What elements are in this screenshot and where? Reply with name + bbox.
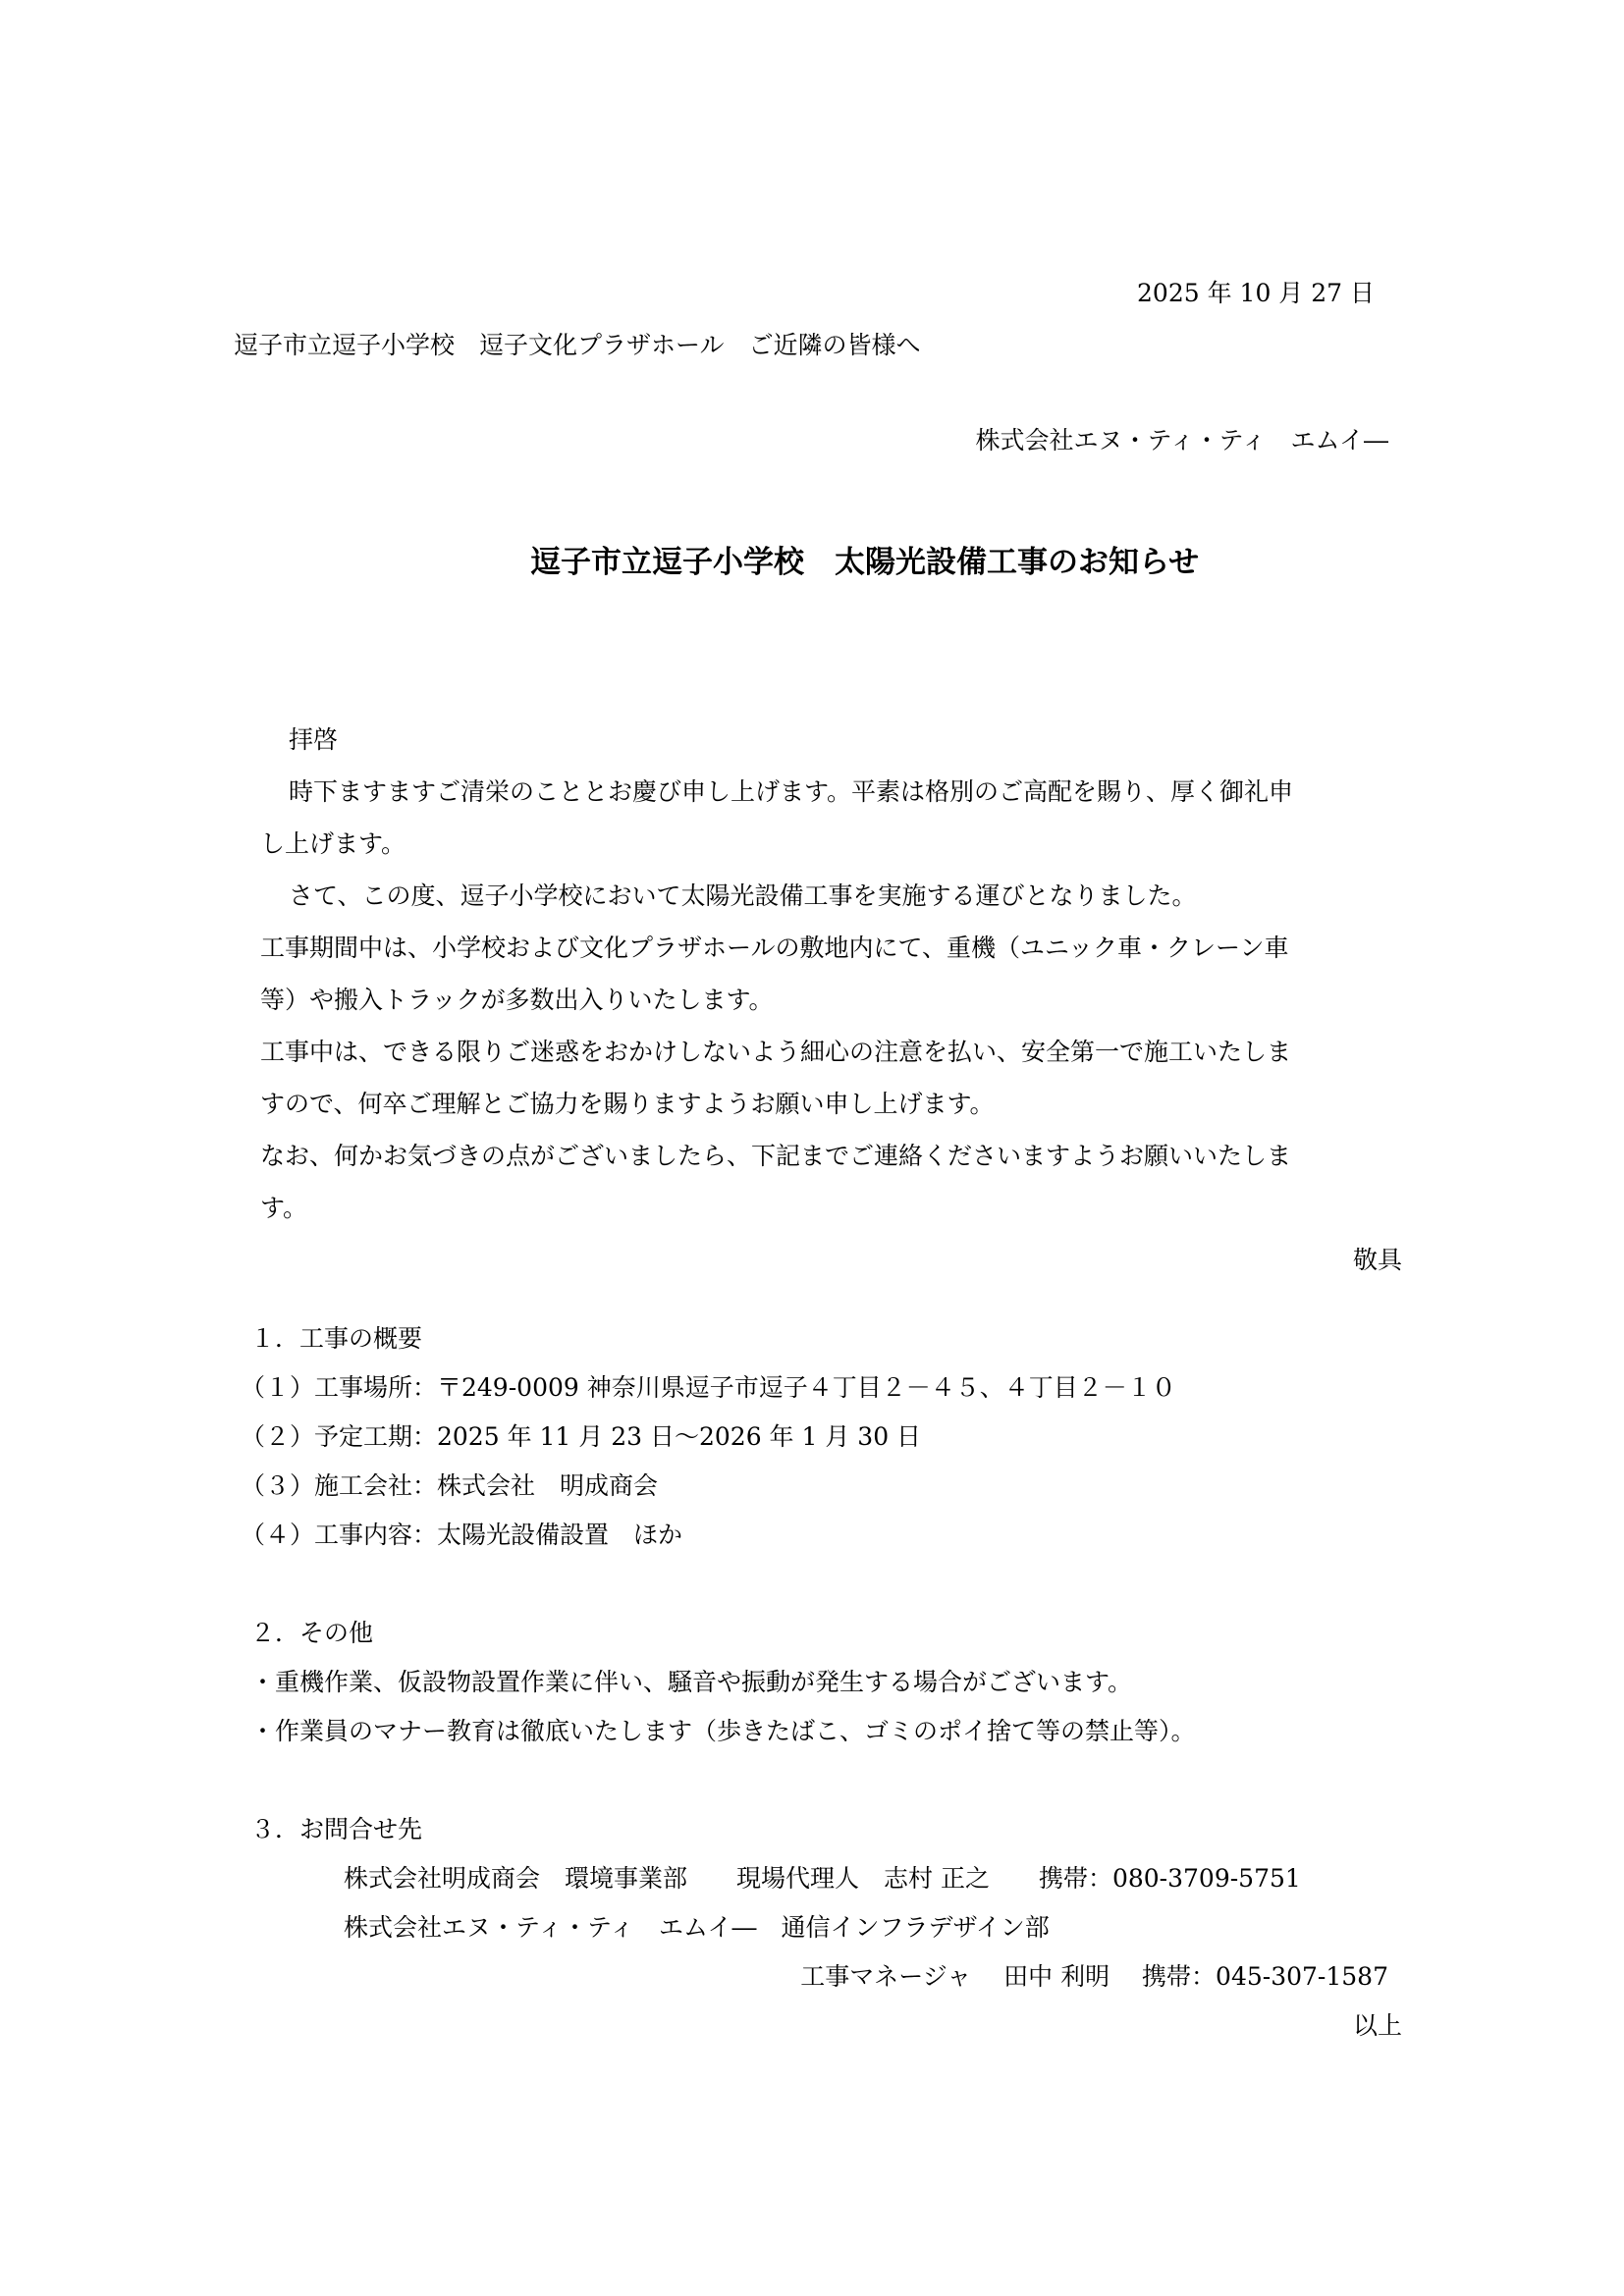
opening: 拝啓: [289, 723, 338, 757]
section-item: （２）予定工期：2025 年 11 月 23 日～2026 年 1 月 30 日: [241, 1420, 921, 1454]
date: 2025 年 10 月 27 日: [1137, 277, 1375, 310]
section-item: （４）工事内容：太陽光設備設置 ほか: [241, 1519, 682, 1552]
section-heading: ３．お問合せ先: [250, 1813, 422, 1846]
end-mark: 以上: [1353, 2009, 1402, 2043]
body-line: 時下ますますご清栄のこととお慶び申し上げます。平素は格別のご高配を賜り、厚く御礼…: [289, 775, 1293, 809]
section-heading: １．工事の概要: [250, 1322, 422, 1356]
body-line: し上げます。: [260, 828, 406, 861]
contact-line: 工事マネージャ 田中 利明 携帯：045-307-1587: [800, 1960, 1388, 1994]
section-item: （３）施工会社：株式会社 明成商会: [241, 1469, 658, 1503]
sender: 株式会社エヌ・ティ・ティ エムイ―: [975, 424, 1388, 457]
closing: 敬具: [1353, 1244, 1402, 1277]
contact-line: 株式会社明成商会 環境事業部 現場代理人 志村 正之 携帯：080-3709-5…: [344, 1862, 1301, 1896]
body-line: さて、この度、逗子小学校において太陽光設備工事を実施する運びとなりました。: [289, 880, 1197, 913]
section-heading: ２．その他: [250, 1617, 373, 1650]
body-line: なお、何かお気づきの点がございましたら、下記までご連絡くださいますようお願いいた…: [260, 1140, 1291, 1173]
section-item: ・重機作業、仮設物設置作業に伴い、騒音や振動が発生する場合がございます。: [250, 1666, 1132, 1699]
recipient: 逗子市立逗子小学校 逗子文化プラザホール ご近隣の皆様へ: [234, 329, 921, 362]
contact-line: 株式会社エヌ・ティ・ティ エムイ― 通信インフラデザイン部: [344, 1911, 1050, 1945]
document-title: 逗子市立逗子小学校 太陽光設備工事のお知らせ: [530, 546, 1199, 579]
body-line: す。: [260, 1192, 307, 1225]
body-line: 工事中は、できる限りご迷惑をおかけしないよう細心の注意を払い、安全第一で施工いた…: [260, 1036, 1291, 1069]
body-line: 工事期間中は、小学校および文化プラザホールの敷地内にて、重機（ユニック車・クレー…: [260, 932, 1289, 965]
section-item: ・作業員のマナー教育は徹底いたします（歩きたばこ、ゴミのポイ捨て等の禁止等）。: [250, 1715, 1196, 1748]
body-line: 等）や搬入トラックが多数出入りいたします。: [260, 984, 774, 1017]
section-item: （１）工事場所：〒249-0009 神奈川県逗子市逗子４丁目２－４５、４丁目２－…: [241, 1371, 1176, 1405]
body-line: すので、何卒ご理解とご協力を賜りますようお願い申し上げます。: [260, 1088, 995, 1121]
